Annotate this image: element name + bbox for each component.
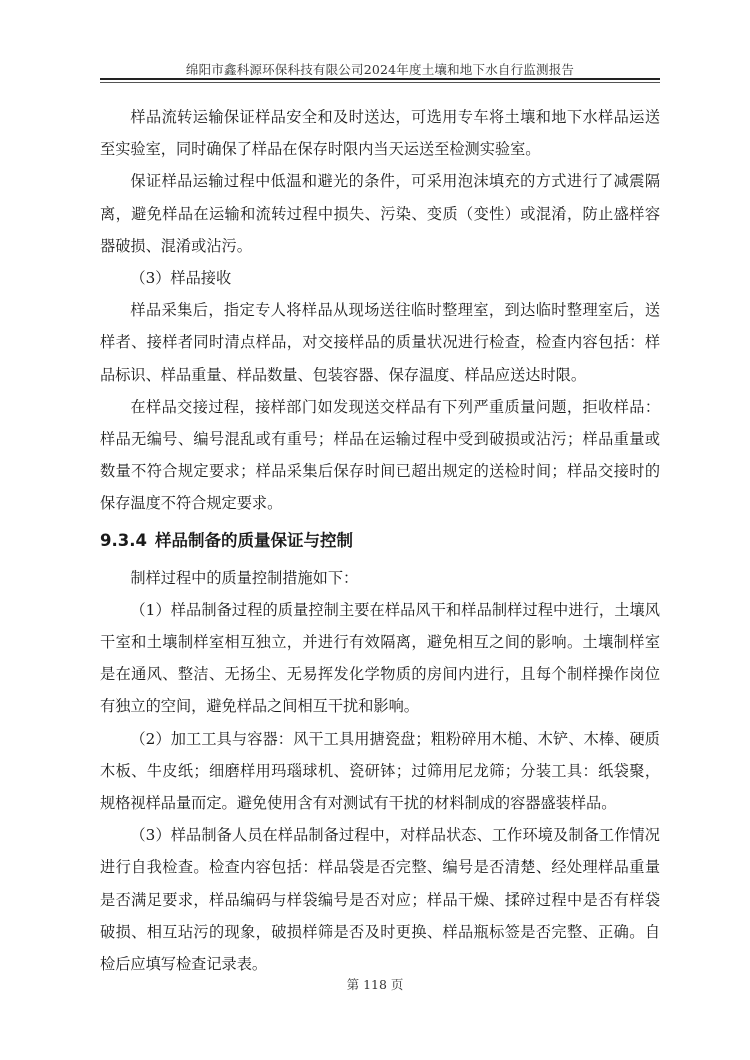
paragraph-item-1: （1）样品制备过程的质量控制主要在样品风干和样品制样过程中进行，土壤风干室和土壤…	[100, 594, 660, 723]
paragraph-item-3: （3）样品制备人员在样品制备过程中，对样品状态、工作环境及制备工作情况进行自我检…	[100, 819, 660, 980]
header-rule-thick	[100, 78, 660, 80]
subheading-sample-receipt: （3）样品接收	[100, 262, 660, 294]
page-number: 第 118 页	[0, 975, 750, 993]
page-body: 样品流转运输保证样品安全和及时送达，可选用专车将土壤和地下水样品运送至实验室，同…	[100, 101, 660, 980]
paragraph-rejection-criteria: 在样品交接过程，接样部门如发现送交样品有下列严重质量问题，拒收样品：样品无编号、…	[100, 391, 660, 520]
paragraph-transport: 样品流转运输保证样品安全和及时送达，可选用专车将土壤和地下水样品运送至实验室，同…	[100, 101, 660, 165]
running-header: 绵阳市鑫科源环保科技有限公司2024年度土壤和地下水自行监测报告	[100, 60, 660, 78]
section-number: 9.3.4	[100, 531, 147, 550]
paragraph-transport-conditions: 保证样品运输过程中低温和避光的条件，可采用泡沫填充的方式进行了减震隔离，避免样品…	[100, 165, 660, 262]
paragraph-intro: 制样过程中的质量控制措施如下：	[100, 562, 660, 594]
header-rule-thin	[100, 82, 660, 83]
paragraph-item-2: （2）加工工具与容器：风干工具用搪瓷盘；粗粉碎用木槌、木铲、木棒、硬质木板、牛皮…	[100, 723, 660, 820]
section-title: 样品制备的质量保证与控制	[155, 531, 353, 550]
paragraph-sample-receipt: 样品采集后，指定专人将样品从现场送往临时整理室，到达临时整理室后，送样者、接样者…	[100, 294, 660, 391]
section-heading: 9.3.4样品制备的质量保证与控制	[100, 520, 660, 562]
